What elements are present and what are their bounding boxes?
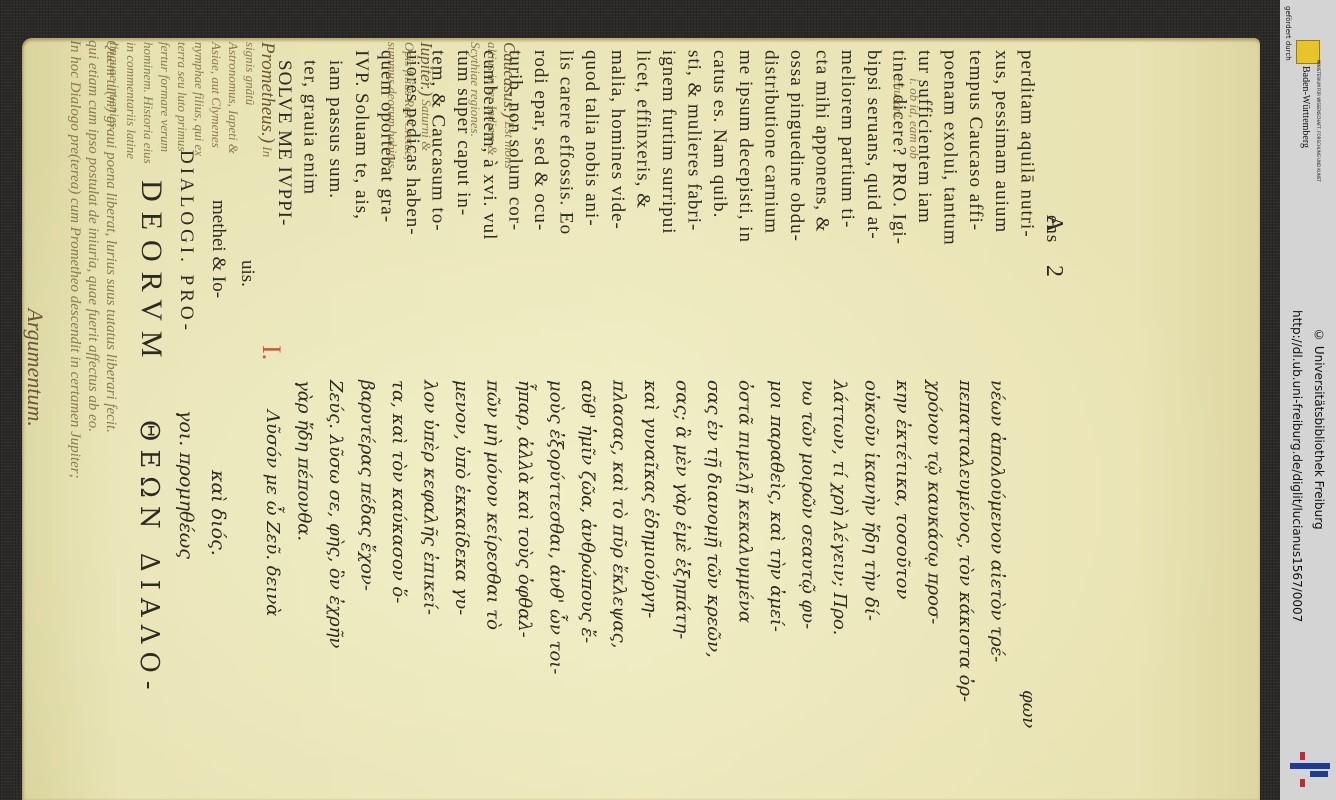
latin-line: catus es. Nam quib. bbox=[708, 50, 730, 218]
latin-line: lis carere effossis. Eo bbox=[555, 50, 577, 235]
funder-name: Baden-Württemberg bbox=[1300, 66, 1311, 148]
greek-line: Ζεύς. λῦσω σε, φὴς, ὃν ἐχρῆν bbox=[325, 380, 346, 648]
greek-line: καὶ γυναῖκας ἐδημιούργη- bbox=[640, 380, 661, 618]
copyright-text: © Universitätsbibliothek Freiburg bbox=[1312, 328, 1326, 530]
margin-note-prometheus: Prometheus.) In signis gnātū Astronomus,… bbox=[126, 42, 276, 172]
argument-heading: Argumentum. bbox=[23, 309, 48, 427]
latin-line: rodi epar, sed & ocu- bbox=[529, 50, 551, 231]
section-number: I. bbox=[256, 345, 286, 360]
latin-line: xus, pessimam auium bbox=[990, 50, 1012, 233]
latin-line: sti, & mulieres fabri- bbox=[683, 50, 705, 231]
greek-line: σας ἐν τῇ διανομῇ τῶν κρεῶν, bbox=[703, 380, 724, 658]
greek-line: λάττων, τί χρὴ λέγειν; Προ. bbox=[829, 380, 850, 635]
heading-greek-title: ΘΕΩΝ ΔΙΑΛΟ- bbox=[134, 420, 164, 698]
greek-line: νω τῶν μοιρῶν σεαυτῷ φυ- bbox=[798, 380, 819, 629]
greek-line: Λῦσόν με ὦ Ζεῦ. δεινὰ bbox=[262, 410, 283, 616]
funder-subtitle: MINISTERIUM FÜR WISSENSCHAFT, FORSCHUNG … bbox=[1316, 60, 1321, 182]
margin-note-iupiter: Iupiter.) Saturni & Opis filius Rex Cret… bbox=[365, 42, 435, 172]
permalink-url[interactable]: http://dl.ub.uni-freiburg.de/diglit/luci… bbox=[1290, 310, 1304, 640]
latin-line: ter, grauia enim bbox=[299, 60, 321, 195]
greek-line: οὐκοῦν ἱκανὴν ἤδη τὴν δί- bbox=[861, 380, 882, 621]
margin-note-caucasus: Caucasus.) Est mons altius in ter Indiam… bbox=[438, 42, 518, 172]
greek-line: ἧπαρ, ἀλλὰ καὶ τοὺς ὀφθαλ- bbox=[514, 380, 535, 638]
heading-latin-sub-2: methei & Io- bbox=[207, 200, 229, 298]
greek-line: βαρυτέρας πέδας ἔχον- bbox=[357, 380, 378, 591]
heading-greek-sub-1: γοι. προμηθέως bbox=[175, 410, 197, 559]
latin-line: distributione carnium bbox=[759, 50, 781, 234]
greek-line: αῦθ' ἡμῖν ζῶα, ἀνθρώπους ἔ- bbox=[577, 380, 598, 643]
greek-line: κην ἐκτέτικα, τοσοῦτον bbox=[892, 380, 913, 599]
latin-line: ignem furtim surripui bbox=[657, 50, 679, 235]
funding-label: gefördert durch bbox=[1284, 6, 1292, 61]
heading-greek-sub-2: καὶ διός. bbox=[207, 470, 229, 556]
greek-line: μοὺς ἐξορύττεσθαι, ἀνθ' ὧν τοι- bbox=[546, 380, 567, 674]
greek-line: μοι παραθεὶς, καὶ τὴν ἀμεί- bbox=[766, 380, 787, 632]
latin-line: malia, homines vide- bbox=[606, 50, 628, 230]
heading-latin-sub-3: uis. bbox=[236, 260, 258, 287]
greek-line: φων bbox=[1018, 690, 1039, 728]
margin-note-argument: Argumentum. bbox=[26, 300, 62, 427]
heading-latin-sub-1: DIALOGI. PRO- bbox=[175, 150, 197, 334]
margin-note-ob-id: i. ob id, eam ob causam. bbox=[882, 78, 922, 188]
latin-line: poenam exolui, tantum bbox=[939, 50, 961, 246]
greek-line: πλασας, καὶ τὸ πῦρ ἔκλεψας, bbox=[609, 380, 630, 648]
latin-line: iam passus sum. bbox=[324, 60, 346, 199]
greek-line: ὀστᾶ πιμελῇ κεκαλυμμένα bbox=[735, 380, 756, 623]
margin-note-line-3: Quem tu(m) graui poena liberat, lurius s… bbox=[102, 40, 119, 760]
margin-note-line-1: In hoc Dialogo pre(terea) cum Prometheo … bbox=[66, 40, 83, 760]
greek-line: πεπατταλευμένος, τὸν κάκιστα ὀρ- bbox=[955, 380, 976, 702]
greek-line: σας; ἃ μὲν γὰρ ἐμὲ ἐξηπάτη- bbox=[672, 380, 693, 639]
latin-line: ossa pinguedine obdu- bbox=[785, 50, 807, 242]
latin-line: tempus Caucaso affi- bbox=[964, 50, 986, 231]
latin-line: bipsi seruans, quid at- bbox=[862, 50, 884, 240]
margin-note-line-2: qui etiam cum ipso postulat de iniuria, … bbox=[84, 40, 101, 760]
greek-line: λον ὑπὲρ κεφαλῆς ἐπικεί- bbox=[420, 380, 441, 615]
greek-line: χρόνον τῷ καυκάσῳ προσ- bbox=[924, 380, 945, 624]
latin-line: perditam aquilā nutri- bbox=[1015, 50, 1037, 238]
page-signature: A 2 bbox=[1040, 215, 1067, 291]
greek-line: μενον, ὑπὸ ἑκκαίδεκα γυ- bbox=[451, 380, 472, 615]
latin-line: quod talia nobis ani- bbox=[580, 50, 602, 227]
greek-line: γὰρ ἤδη πέπονθα. bbox=[294, 380, 315, 541]
greek-line: πῶν μὴ μόνον κείρεσθαι τὸ bbox=[483, 380, 504, 630]
greek-line: τα, καὶ τὸν καύκασον ὅ- bbox=[388, 380, 409, 603]
latin-line: me ipsum decepisti, in bbox=[734, 50, 756, 243]
heading-latin-title: DEORVM bbox=[134, 180, 168, 368]
greek-line: νέων ἀπολούμενον αἰετὸν τρέ- bbox=[987, 380, 1008, 662]
latin-line: cta mihi apponens, & bbox=[811, 50, 833, 233]
latin-line: licet, effinxeris, & bbox=[631, 50, 653, 209]
latin-line: meliorem partium ti- bbox=[836, 50, 858, 228]
ub-freiburg-logo-icon[interactable] bbox=[1288, 746, 1330, 790]
